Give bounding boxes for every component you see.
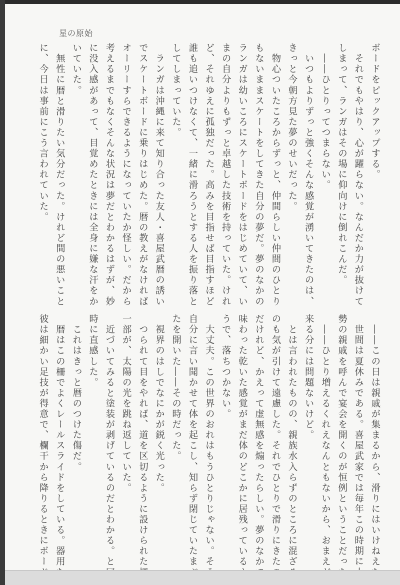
text-line: 彼は細かい足技が得意で、欄干から降りるときにボード xyxy=(34,314,51,560)
text-line: 物心ついたころからずっと、仲間らしい仲間のひとり xyxy=(266,43,283,289)
text-line: してしまっていた。 xyxy=(166,43,183,289)
text-line: もないままスケートをしてきた自分の夢だ。夢のなかの xyxy=(249,43,266,289)
text-line: これはきっと暦のつけた傷だ。 xyxy=(67,314,84,560)
book-page: 星の原始 ボードをピックアップする。 それでもやはり、心が躍らない。なんだか力が… xyxy=(5,4,400,571)
text-line: とは言われたものの、親族水入らずのところに混ざる xyxy=(282,314,299,560)
text-line: 味わった乾いた感覚がまだ体のどこかに居残っているよ xyxy=(233,314,250,560)
text-line: 考えるまでもなくそんな状況は夢だとわかるはずが、妙 xyxy=(100,43,117,289)
text-line: ――この日は親戚が集まるから、滑りにはいけねえな。 xyxy=(365,314,382,560)
text-line: 自分に言い聞かせて体を起こし、知らず閉じていたまぶ xyxy=(183,314,200,560)
text-line: のも気が引けて遠慮した。それでひとりで滑りにきたの xyxy=(266,314,283,560)
text-line: だけれど、かえって虚無感を煽ったらしい。夢のなかで xyxy=(249,314,266,560)
text-line: まの自分よりもずっと卓越した技術を持っていた。けれ xyxy=(216,43,233,289)
text-line: 近づいてみると塗装が剥げているのだとわかる。と同 xyxy=(100,314,117,560)
text-line: 大丈夫。この世界のおれはもうひとりじゃない。そう xyxy=(199,314,216,560)
text-line: ランガは沖縄に来て知り合った友人・喜屋武暦の誘い xyxy=(150,43,167,289)
text-line: たを開いた――その時だった。 xyxy=(166,314,183,560)
text-line: 世間は夏休みである。喜屋武家では毎年この時期に大 xyxy=(349,314,366,560)
text-line: ボードをピックアップする。 xyxy=(365,43,382,289)
running-head: 星の原始 xyxy=(59,28,93,39)
text-line: いていた。 xyxy=(67,43,84,289)
text-line: に、今日は事前にこう言われていた。 xyxy=(34,43,51,289)
text-line: 無性に暦と滑りたい気分だった。けれど間の悪いこと xyxy=(50,43,67,289)
text-line: いつもよりずっと強くそんな感覚が湧いてきたのは、 xyxy=(299,43,316,289)
text-line: ――ひとり増えるくれえなんともないから、おまえが xyxy=(316,314,333,560)
text-line: うで、落ちつかない。 xyxy=(216,314,233,560)
text-line: 暦はこの柵でよくレールスライドをしている。器用な xyxy=(50,314,67,560)
text-line: 勢の親戚を呼んで宴会を開くのが恒例ということだった。 xyxy=(332,314,349,560)
text-line: ――ひとりってつまらない。 xyxy=(316,43,333,289)
text-line: 一部が、太陽の光を跳ね返していた。 xyxy=(117,314,134,560)
text-line: 誰も追いつけなくて、一緒に滑ろうとする人を振り落と xyxy=(183,43,200,289)
text-line: 来る分には問題ないけど。 xyxy=(299,314,316,560)
page-bottom-margin xyxy=(5,570,400,585)
text-line: それでもやはり、心が躍らない。なんだか力が抜けて xyxy=(349,43,366,289)
text-block-lower: ――この日は親戚が集まるから、滑りにはいけねえな。 世間は夏休みである。喜屋武家… xyxy=(46,314,382,560)
text-line: 時に直感した。 xyxy=(83,314,100,560)
text-line: に没入感があって、目覚めたときには全身に嫌な汗をか xyxy=(83,43,100,289)
text-line: オーリーすらできるようになっていたか怪しい。だから xyxy=(117,43,134,289)
text-line: しまって、ランガはその場に仰向けに倒れこんだ。 xyxy=(332,43,349,289)
text-line: つられて目をやれば、道を区切るように設けられた柵の xyxy=(133,314,150,560)
text-line: でスケートボードに乗りはじめた。暦の教えがなければ xyxy=(133,43,150,289)
text-line: ど、それゆえに孤独だった。高みを目指せば目指すほど xyxy=(199,43,216,289)
text-line: ランガは幼いころにスケートボードをはじめていて、い xyxy=(233,43,250,289)
text-line: きっと今朝方見た夢のせいだった。 xyxy=(282,43,299,289)
text-line: 視界のはしでなにかが鋭く光った。 xyxy=(150,314,167,560)
text-block-upper: ボードをピックアップする。 それでもやはり、心が躍らない。なんだか力が抜けて し… xyxy=(46,43,382,289)
